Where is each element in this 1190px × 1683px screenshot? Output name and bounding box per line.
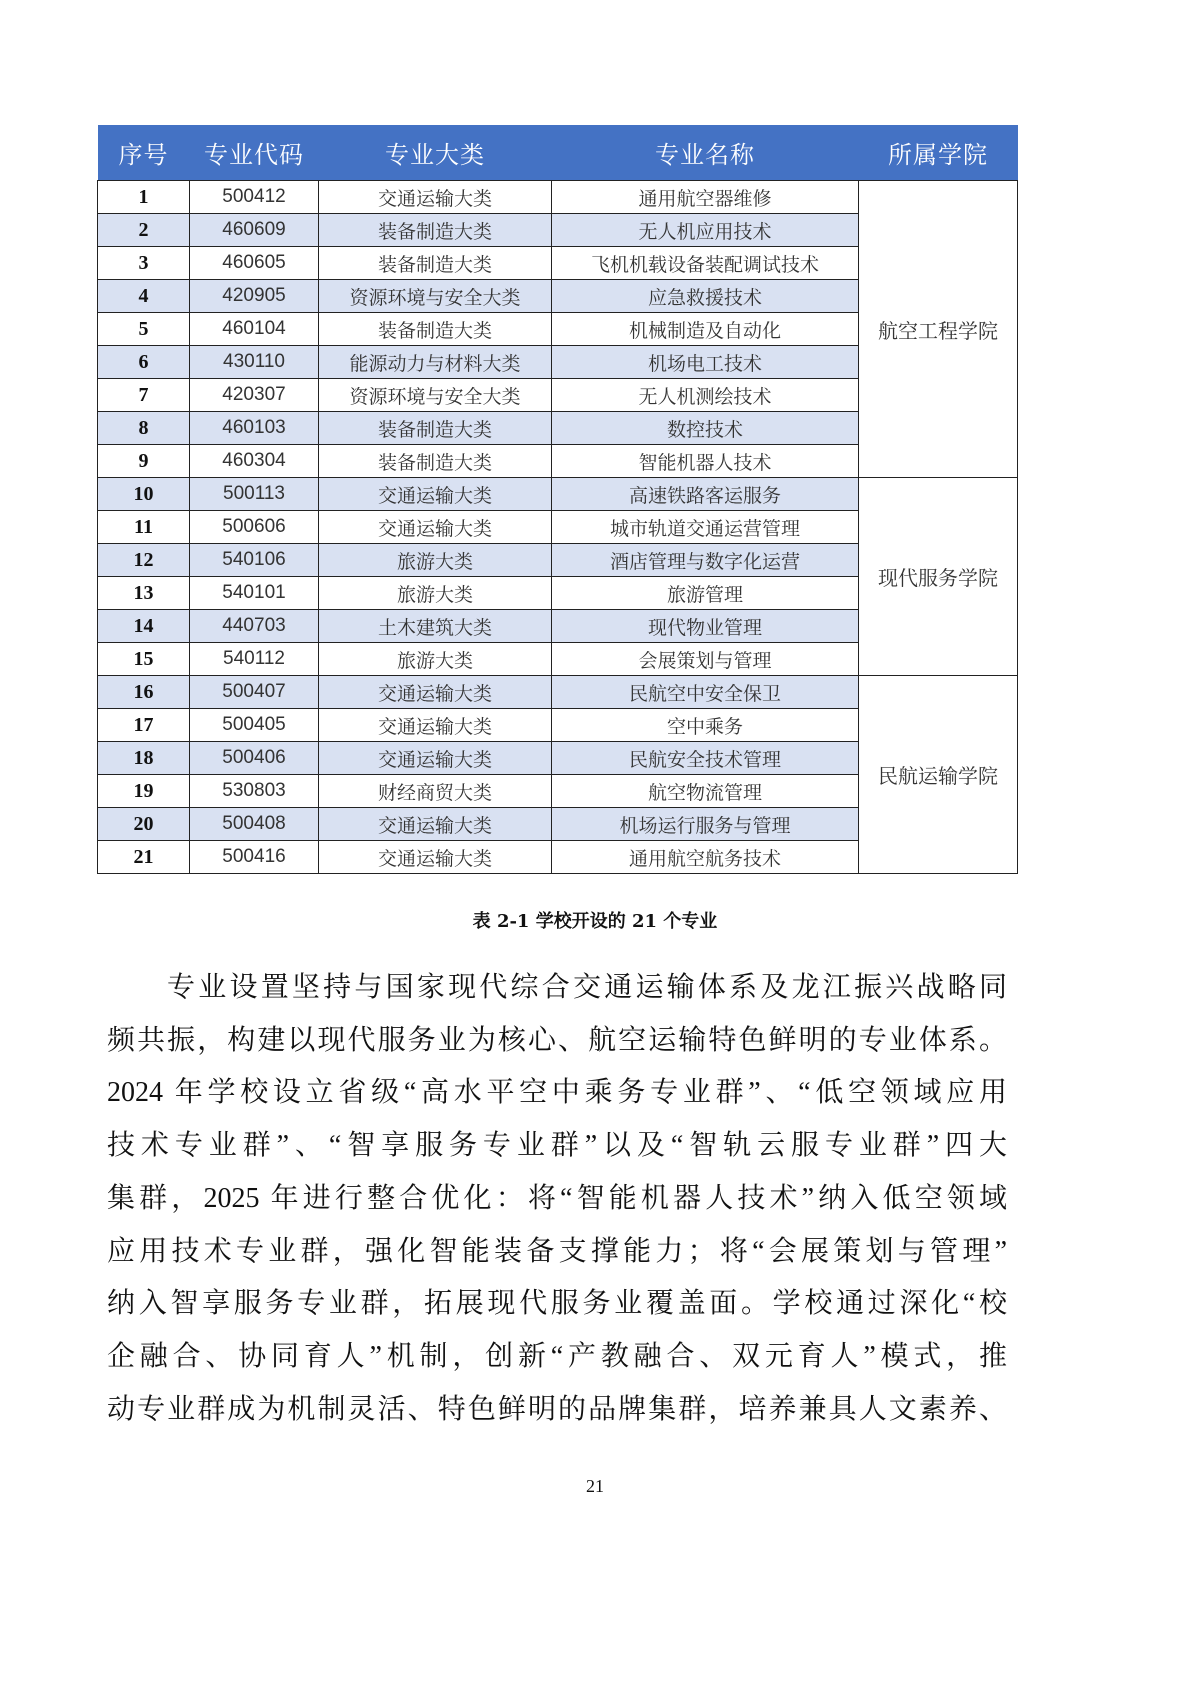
major-category: 旅游大类 <box>319 544 552 577</box>
major-code: 500113 <box>190 478 319 511</box>
paragraph-line: 技术专业群”、“智享服务专业群”以及“智轨云服专业群”四大 <box>107 1120 1007 1173</box>
major-code: 500406 <box>190 742 319 775</box>
major-name: 机场运行服务与管理 <box>552 808 859 841</box>
major-code: 540106 <box>190 544 319 577</box>
table-body: 1500412交通运输大类通用航空器维修航空工程学院2460609装备制造大类无… <box>98 181 1018 874</box>
row-index: 5 <box>98 313 190 346</box>
major-name: 民航空中安全保卫 <box>552 676 859 709</box>
paragraph-line: 应用技术专业群，强化智能装备支撑能力；将“会展策划与管理” <box>107 1226 1007 1279</box>
major-category: 装备制造大类 <box>319 247 552 280</box>
major-category: 交通运输大类 <box>319 742 552 775</box>
major-name: 飞机机载设备装配调试技术 <box>552 247 859 280</box>
major-name: 通用航空航务技术 <box>552 841 859 874</box>
major-name: 无人机测绘技术 <box>552 379 859 412</box>
major-name: 酒店管理与数字化运营 <box>552 544 859 577</box>
major-code: 460104 <box>190 313 319 346</box>
table-caption: 表 2-1 学校开设的 21 个专业 <box>0 907 1190 933</box>
paragraph-line: 频共振，构建以现代服务业为核心、航空运输特色鲜明的专业体系。 <box>107 1015 1007 1068</box>
paragraph-line: 企融合、协同育人”机制，创新“产教融合、双元育人”模式，推 <box>107 1331 1007 1384</box>
row-index: 14 <box>98 610 190 643</box>
page-number: 21 <box>0 1476 1190 1497</box>
row-index: 17 <box>98 709 190 742</box>
table-header-row: 序号 专业代码 专业大类 专业名称 所属学院 <box>98 125 1018 181</box>
major-category: 资源环境与安全大类 <box>319 379 552 412</box>
major-category: 旅游大类 <box>319 643 552 676</box>
row-index: 10 <box>98 478 190 511</box>
major-category: 装备制造大类 <box>319 412 552 445</box>
major-category: 装备制造大类 <box>319 214 552 247</box>
major-name: 空中乘务 <box>552 709 859 742</box>
major-name: 旅游管理 <box>552 577 859 610</box>
major-name: 机场电工技术 <box>552 346 859 379</box>
major-category: 交通运输大类 <box>319 676 552 709</box>
row-index: 19 <box>98 775 190 808</box>
major-category: 交通运输大类 <box>319 709 552 742</box>
major-code: 430110 <box>190 346 319 379</box>
row-index: 1 <box>98 181 190 214</box>
major-category: 交通运输大类 <box>319 478 552 511</box>
header-index: 序号 <box>98 125 190 181</box>
header-category: 专业大类 <box>319 125 552 181</box>
table-row: 1500412交通运输大类通用航空器维修航空工程学院 <box>98 181 1018 214</box>
major-name: 现代物业管理 <box>552 610 859 643</box>
major-name: 高速铁路客运服务 <box>552 478 859 511</box>
majors-table: 序号 专业代码 专业大类 专业名称 所属学院 1500412交通运输大类通用航空… <box>97 125 1018 874</box>
major-name: 民航安全技术管理 <box>552 742 859 775</box>
major-code: 530803 <box>190 775 319 808</box>
major-code: 500606 <box>190 511 319 544</box>
row-index: 3 <box>98 247 190 280</box>
major-name: 会展策划与管理 <box>552 643 859 676</box>
paragraph-line: 动专业群成为机制灵活、特色鲜明的品牌集群，培养兼具人文素养、 <box>107 1384 1007 1437</box>
majors-table-container: 序号 专业代码 专业大类 专业名称 所属学院 1500412交通运输大类通用航空… <box>97 125 1017 874</box>
row-index: 16 <box>98 676 190 709</box>
major-name: 通用航空器维修 <box>552 181 859 214</box>
header-major-name: 专业名称 <box>552 125 859 181</box>
major-category: 装备制造大类 <box>319 445 552 478</box>
row-index: 12 <box>98 544 190 577</box>
major-code: 540112 <box>190 643 319 676</box>
table-row: 10500113交通运输大类高速铁路客运服务现代服务学院 <box>98 478 1018 511</box>
major-name: 应急救援技术 <box>552 280 859 313</box>
major-code: 500408 <box>190 808 319 841</box>
paragraph-line: 集群，2025 年进行整合优化：将“智能机器人技术”纳入低空领域 <box>107 1173 1007 1226</box>
major-category: 能源动力与材料大类 <box>319 346 552 379</box>
major-name: 机械制造及自动化 <box>552 313 859 346</box>
major-category: 旅游大类 <box>319 577 552 610</box>
major-category: 交通运输大类 <box>319 808 552 841</box>
row-index: 15 <box>98 643 190 676</box>
major-name: 无人机应用技术 <box>552 214 859 247</box>
major-code: 440703 <box>190 610 319 643</box>
row-index: 2 <box>98 214 190 247</box>
major-name: 城市轨道交通运营管理 <box>552 511 859 544</box>
major-category: 装备制造大类 <box>319 313 552 346</box>
row-index: 9 <box>98 445 190 478</box>
college-name: 民航运输学院 <box>859 676 1018 874</box>
body-paragraph: 专业设置坚持与国家现代综合交通运输体系及龙江振兴战略同频共振，构建以现代服务业为… <box>107 962 1007 1436</box>
row-index: 18 <box>98 742 190 775</box>
major-code: 420307 <box>190 379 319 412</box>
major-code: 500416 <box>190 841 319 874</box>
table-row: 16500407交通运输大类民航空中安全保卫民航运输学院 <box>98 676 1018 709</box>
major-code: 460609 <box>190 214 319 247</box>
major-category: 财经商贸大类 <box>319 775 552 808</box>
major-code: 500412 <box>190 181 319 214</box>
major-category: 资源环境与安全大类 <box>319 280 552 313</box>
major-category: 交通运输大类 <box>319 841 552 874</box>
paragraph-line: 专业设置坚持与国家现代综合交通运输体系及龙江振兴战略同 <box>107 962 1007 1015</box>
row-index: 7 <box>98 379 190 412</box>
major-code: 460103 <box>190 412 319 445</box>
paragraph-line: 纳入智享服务专业群，拓展现代服务业覆盖面。学校通过深化“校 <box>107 1278 1007 1331</box>
row-index: 20 <box>98 808 190 841</box>
major-name: 航空物流管理 <box>552 775 859 808</box>
paragraph-line: 2024 年学校设立省级“高水平空中乘务专业群”、“低空领域应用 <box>107 1067 1007 1120</box>
header-college: 所属学院 <box>859 125 1018 181</box>
college-name: 现代服务学院 <box>859 478 1018 676</box>
college-name: 航空工程学院 <box>859 181 1018 478</box>
major-code: 500405 <box>190 709 319 742</box>
major-category: 交通运输大类 <box>319 511 552 544</box>
major-code: 540101 <box>190 577 319 610</box>
row-index: 8 <box>98 412 190 445</box>
major-code: 420905 <box>190 280 319 313</box>
major-code: 460304 <box>190 445 319 478</box>
major-name: 智能机器人技术 <box>552 445 859 478</box>
header-code: 专业代码 <box>190 125 319 181</box>
major-category: 交通运输大类 <box>319 181 552 214</box>
row-index: 21 <box>98 841 190 874</box>
major-name: 数控技术 <box>552 412 859 445</box>
row-index: 6 <box>98 346 190 379</box>
row-index: 4 <box>98 280 190 313</box>
major-code: 460605 <box>190 247 319 280</box>
row-index: 13 <box>98 577 190 610</box>
row-index: 11 <box>98 511 190 544</box>
major-code: 500407 <box>190 676 319 709</box>
major-category: 土木建筑大类 <box>319 610 552 643</box>
